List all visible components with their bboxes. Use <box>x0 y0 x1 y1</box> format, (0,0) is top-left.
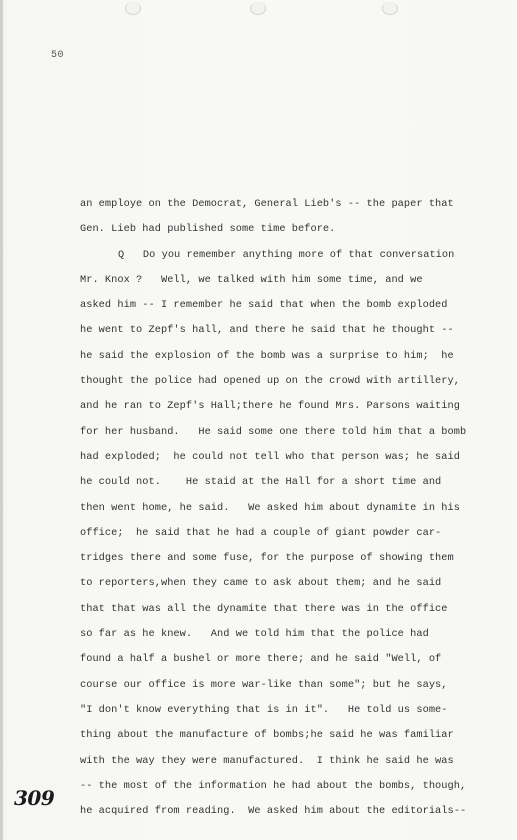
page-number: 50 <box>51 50 64 61</box>
text-line: tridges there and some fuse, for the pur… <box>80 546 480 571</box>
text-line: course our office is more war-like than … <box>80 673 480 698</box>
punch-hole-mark <box>250 2 266 15</box>
text-line: asked him -- I remember he said that whe… <box>80 293 480 318</box>
handwritten-margin-number: 309 <box>14 786 54 810</box>
text-line: he could not. He staid at the Hall for a… <box>80 470 480 495</box>
punch-hole-mark <box>125 2 141 15</box>
text-line: had exploded; he could not tell who that… <box>80 445 480 470</box>
text-line: that that was all the dynamite that ther… <box>80 597 480 622</box>
transcript-body: an employe on the Democrat, General Lieb… <box>80 192 480 824</box>
text-line: found a half a bushel or more there; and… <box>80 647 480 672</box>
text-line: with the way they were manufactured. I t… <box>80 749 480 774</box>
text-line: he acquired from reading. We asked him a… <box>80 799 480 824</box>
document-page: 50 an employe on the Democrat, General L… <box>0 0 517 840</box>
text-line: office; he said that he had a couple of … <box>80 521 480 546</box>
punch-hole-mark <box>382 2 398 15</box>
text-line: for her husband. He said some one there … <box>80 420 480 445</box>
text-line: Mr. Knox ? Well, we talked with him some… <box>80 268 480 293</box>
text-line: "I don't know everything that is in it".… <box>80 698 480 723</box>
text-line: then went home, he said. We asked him ab… <box>80 496 480 521</box>
text-line-question: Q Do you remember anything more of that … <box>80 243 480 268</box>
page-left-edge <box>0 0 3 840</box>
text-line: an employe on the Democrat, General Lieb… <box>80 192 480 217</box>
text-line: and he ran to Zepf's Hall;there he found… <box>80 394 480 419</box>
text-line: to reporters,when they came to ask about… <box>80 571 480 596</box>
text-line: so far as he knew. And we told him that … <box>80 622 480 647</box>
text-line: thing about the manufacture of bombs;he … <box>80 723 480 748</box>
text-line: he said the explosion of the bomb was a … <box>80 344 480 369</box>
text-line: thought the police had opened up on the … <box>80 369 480 394</box>
text-line: he went to Zepf's hall, and there he sai… <box>80 318 480 343</box>
text-line: Gen. Lieb had published some time before… <box>80 217 480 242</box>
text-line: -- the most of the information he had ab… <box>80 774 480 799</box>
